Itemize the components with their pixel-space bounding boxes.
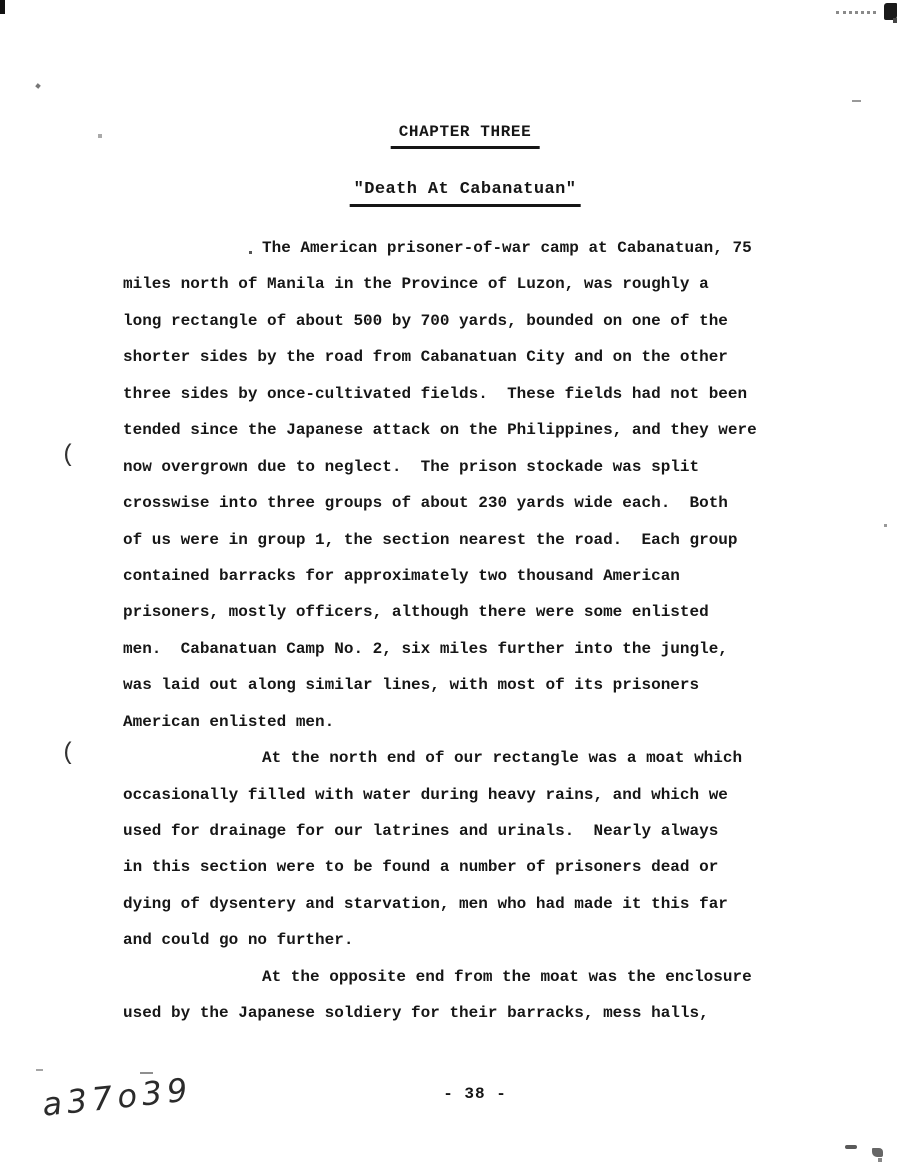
text-line: three sides by once-cultivated fields. T… bbox=[123, 376, 823, 412]
scan-artifact bbox=[140, 1072, 153, 1074]
chapter-heading: CHAPTER THREE bbox=[391, 123, 540, 149]
scan-artifact bbox=[872, 1148, 883, 1157]
document-title: "Death At Cabanatuan" bbox=[350, 180, 581, 207]
scan-artifact bbox=[852, 100, 861, 102]
scan-artifact bbox=[98, 134, 102, 138]
text-line: of us were in group 1, the section neare… bbox=[123, 522, 823, 558]
scan-artifact bbox=[35, 83, 41, 89]
scan-artifact bbox=[36, 1069, 43, 1071]
text-line: tended since the Japanese attack on the … bbox=[123, 412, 823, 448]
text-line: in this section were to be found a numbe… bbox=[123, 849, 823, 885]
handwritten-note: a37o39 bbox=[40, 1070, 194, 1124]
text-line: The American prisoner-of-war camp at Cab… bbox=[123, 230, 823, 266]
scan-artifact bbox=[0, 0, 5, 14]
text-line: miles north of Manila in the Province of… bbox=[123, 266, 823, 302]
text-line: American enlisted men. bbox=[123, 704, 823, 740]
margin-mark: ( bbox=[61, 442, 75, 469]
scan-artifact bbox=[836, 11, 876, 14]
text-line: At the opposite end from the moat was th… bbox=[123, 959, 823, 995]
scan-artifact bbox=[893, 18, 897, 23]
page-number: - 38 - bbox=[443, 1085, 507, 1103]
text-line: men. Cabanatuan Camp No. 2, six miles fu… bbox=[123, 631, 823, 667]
scan-artifact bbox=[845, 1145, 857, 1149]
document-page: CHAPTER THREE "Death At Cabanatuan" The … bbox=[0, 0, 900, 1166]
text-line: crosswise into three groups of about 230… bbox=[123, 485, 823, 521]
scan-artifact bbox=[884, 524, 887, 527]
text-line: was laid out along similar lines, with m… bbox=[123, 667, 823, 703]
text-line: and could go no further. bbox=[123, 922, 823, 958]
text-line: now overgrown due to neglect. The prison… bbox=[123, 449, 823, 485]
text-line: occasionally filled with water during he… bbox=[123, 777, 823, 813]
text-line: long rectangle of about 500 by 700 yards… bbox=[123, 303, 823, 339]
text-line: prisoners, mostly officers, although the… bbox=[123, 594, 823, 630]
text-line: At the north end of our rectangle was a … bbox=[123, 740, 823, 776]
scan-artifact bbox=[878, 1158, 882, 1162]
scan-artifact bbox=[249, 251, 252, 254]
text-line: dying of dysentery and starvation, men w… bbox=[123, 886, 823, 922]
text-line: shorter sides by the road from Cabanatua… bbox=[123, 339, 823, 375]
text-line: used by the Japanese soldiery for their … bbox=[123, 995, 823, 1031]
margin-mark: ( bbox=[61, 740, 75, 767]
document-body: The American prisoner-of-war camp at Cab… bbox=[123, 230, 823, 1032]
text-line: contained barracks for approximately two… bbox=[123, 558, 823, 594]
text-line: used for drainage for our latrines and u… bbox=[123, 813, 823, 849]
